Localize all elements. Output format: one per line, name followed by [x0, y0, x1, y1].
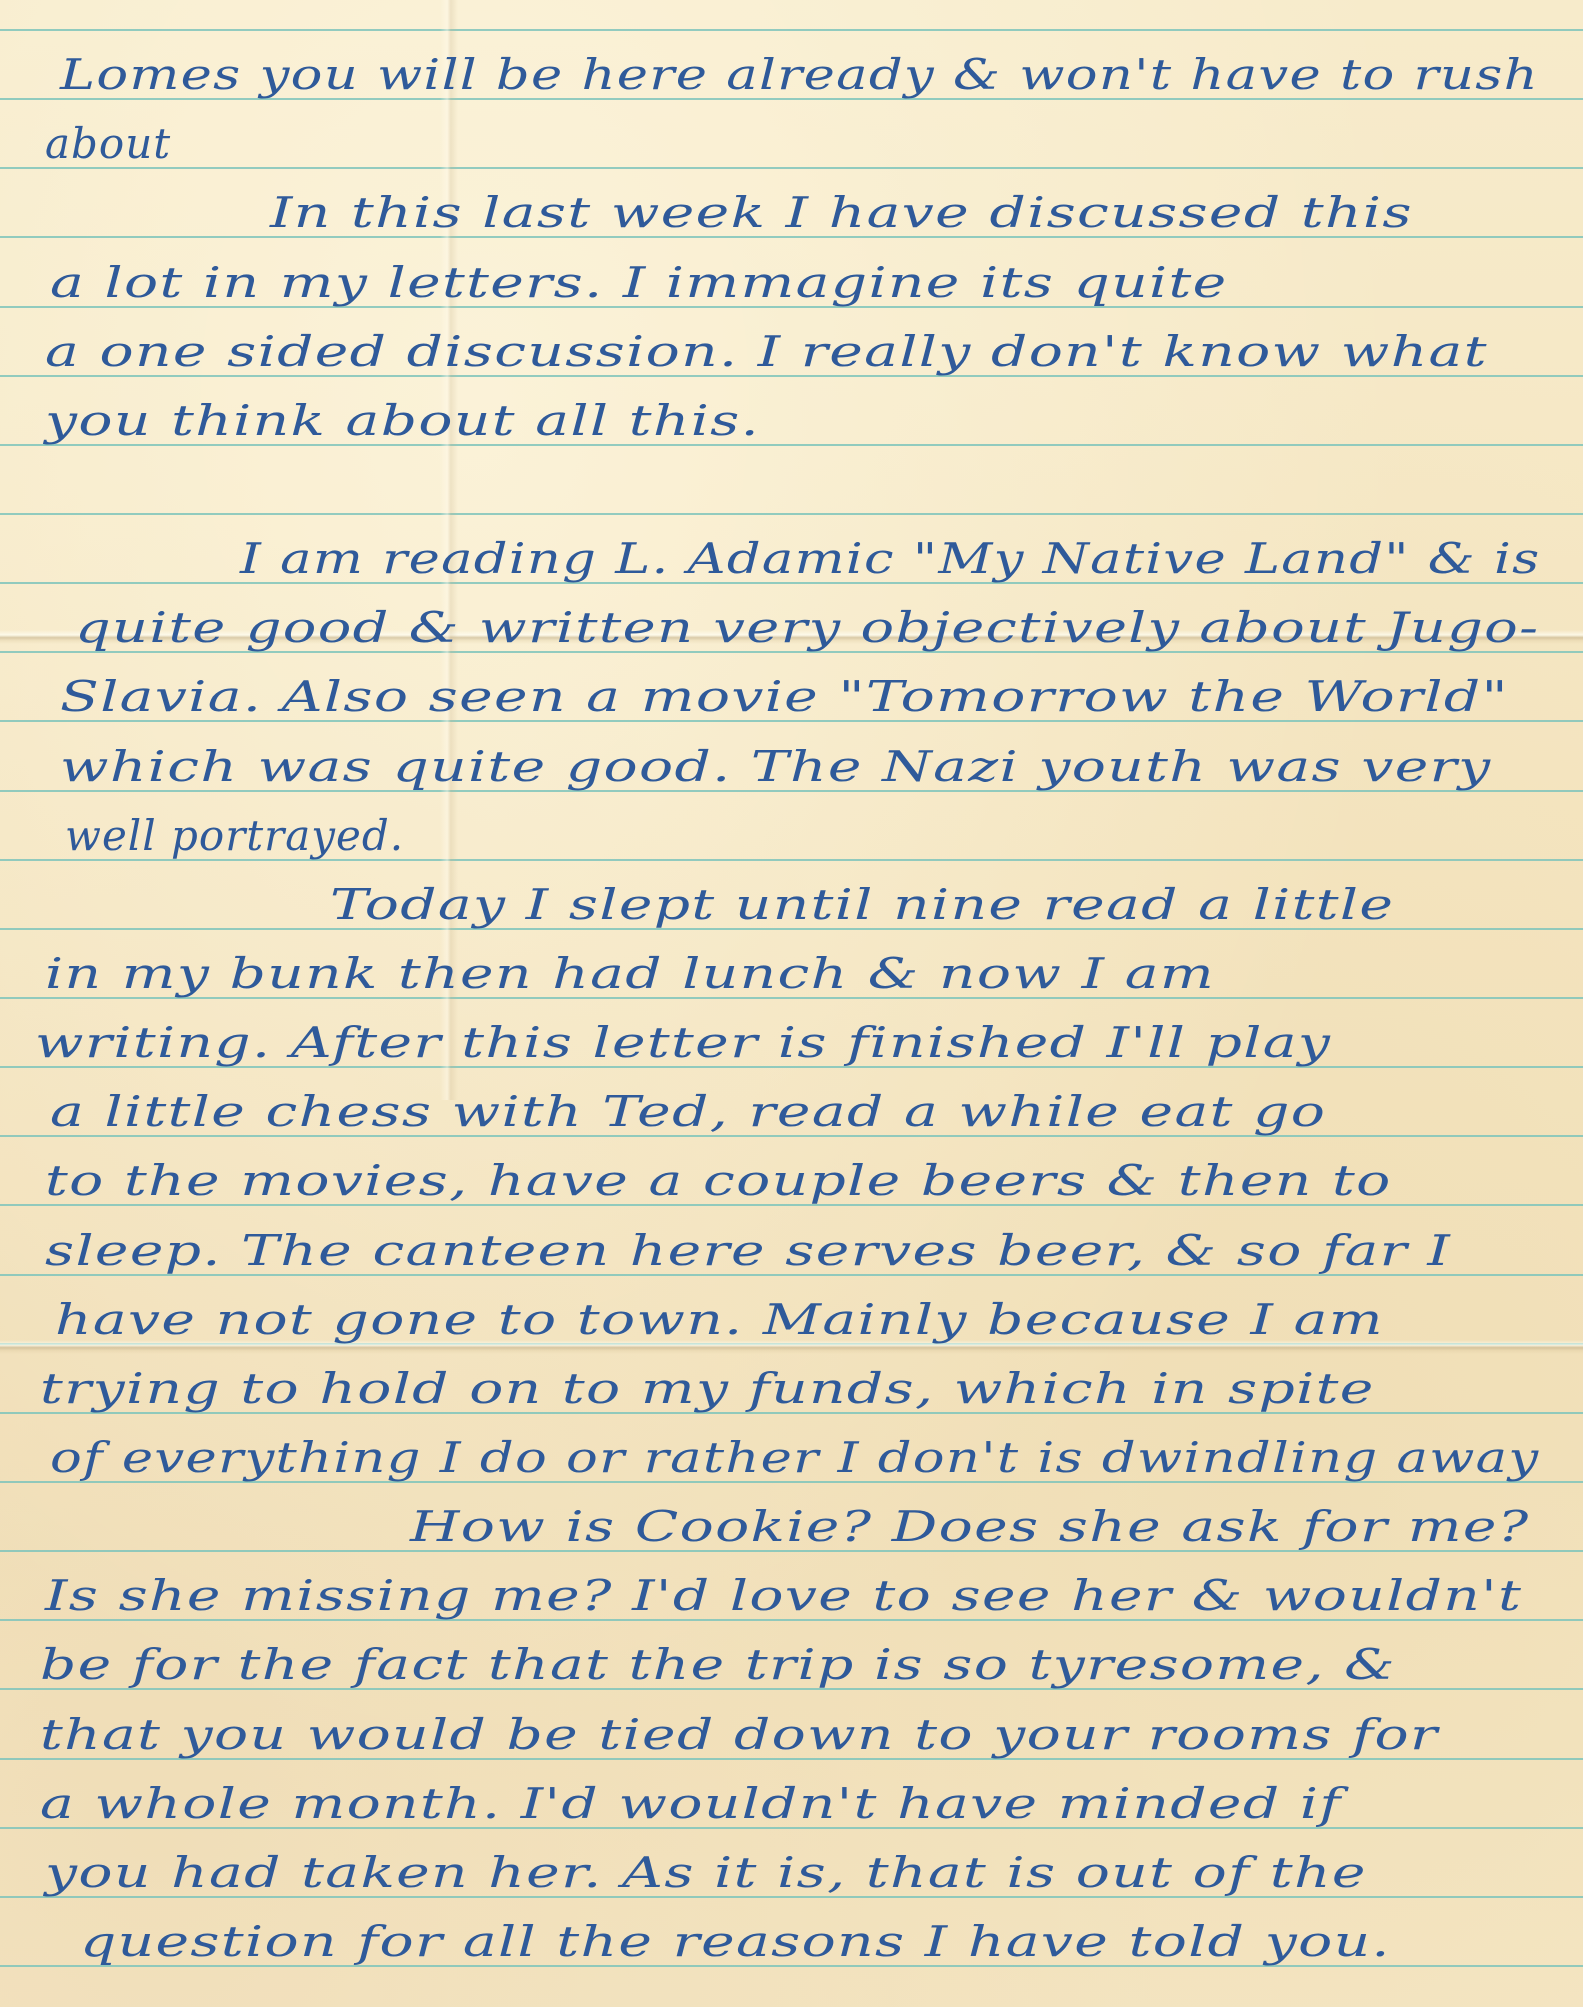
- handwritten-line: a one sided discussion. I really don't k…: [45, 331, 1488, 373]
- handwritten-line: Slavia. Also seen a movie "Tomorrow the …: [60, 676, 1509, 718]
- handwritten-line: a lot in my letters. I immagine its quit…: [50, 262, 1228, 304]
- handwritten-line: question for all the reasons I have told…: [80, 1921, 1391, 1963]
- handwritten-line: Lomes you will be here already & won't h…: [60, 54, 1539, 96]
- handwritten-line: which was quite good. The Nazi youth was…: [60, 746, 1491, 788]
- handwritten-line: you think about all this.: [45, 400, 760, 442]
- handwritten-line: trying to hold on to my funds, which in …: [40, 1368, 1375, 1410]
- handwritten-line: be for the fact that the trip is so tyre…: [40, 1644, 1396, 1686]
- handwritten-line: writing. After this letter is finished I…: [35, 1022, 1331, 1064]
- handwritten-line: well portrayed.: [65, 815, 404, 857]
- ruled-line: [0, 513, 1583, 515]
- handwritten-line: that you would be tied down to your room…: [40, 1714, 1438, 1756]
- handwritten-line: in my bunk then had lunch & now I am: [45, 953, 1215, 995]
- letter-page: Lomes you will be here already & won't h…: [0, 0, 1583, 2007]
- handwritten-line: to the movies, have a couple beers & the…: [45, 1160, 1392, 1202]
- handwritten-line: sleep. The canteen here serves beer, & s…: [45, 1230, 1451, 1272]
- handwritten-line: In this last week I have discussed this: [270, 192, 1413, 234]
- handwritten-line: have not gone to town. Mainly because I …: [55, 1299, 1384, 1341]
- handwritten-line: Today I slept until nine read a little: [330, 884, 1394, 926]
- handwritten-line: Is she missing me? I'd love to see her &…: [45, 1575, 1522, 1617]
- handwritten-line: about: [45, 123, 171, 165]
- handwritten-line: a whole month. I'd wouldn't have minded …: [40, 1783, 1342, 1825]
- handwritten-line: quite good & written very objectively ab…: [75, 607, 1539, 649]
- handwritten-line: How is Cookie? Does she ask for me?: [410, 1506, 1529, 1548]
- ruled-line: [0, 29, 1583, 31]
- handwritten-line: you had taken her. As it is, that is out…: [45, 1852, 1367, 1894]
- handwritten-line: a little chess with Ted, read a while ea…: [50, 1091, 1326, 1133]
- handwritten-line: of everything I do or rather I don't is …: [50, 1437, 1540, 1479]
- handwritten-line: I am reading L. Adamic "My Native Land" …: [240, 538, 1540, 580]
- ruled-line: [0, 167, 1583, 169]
